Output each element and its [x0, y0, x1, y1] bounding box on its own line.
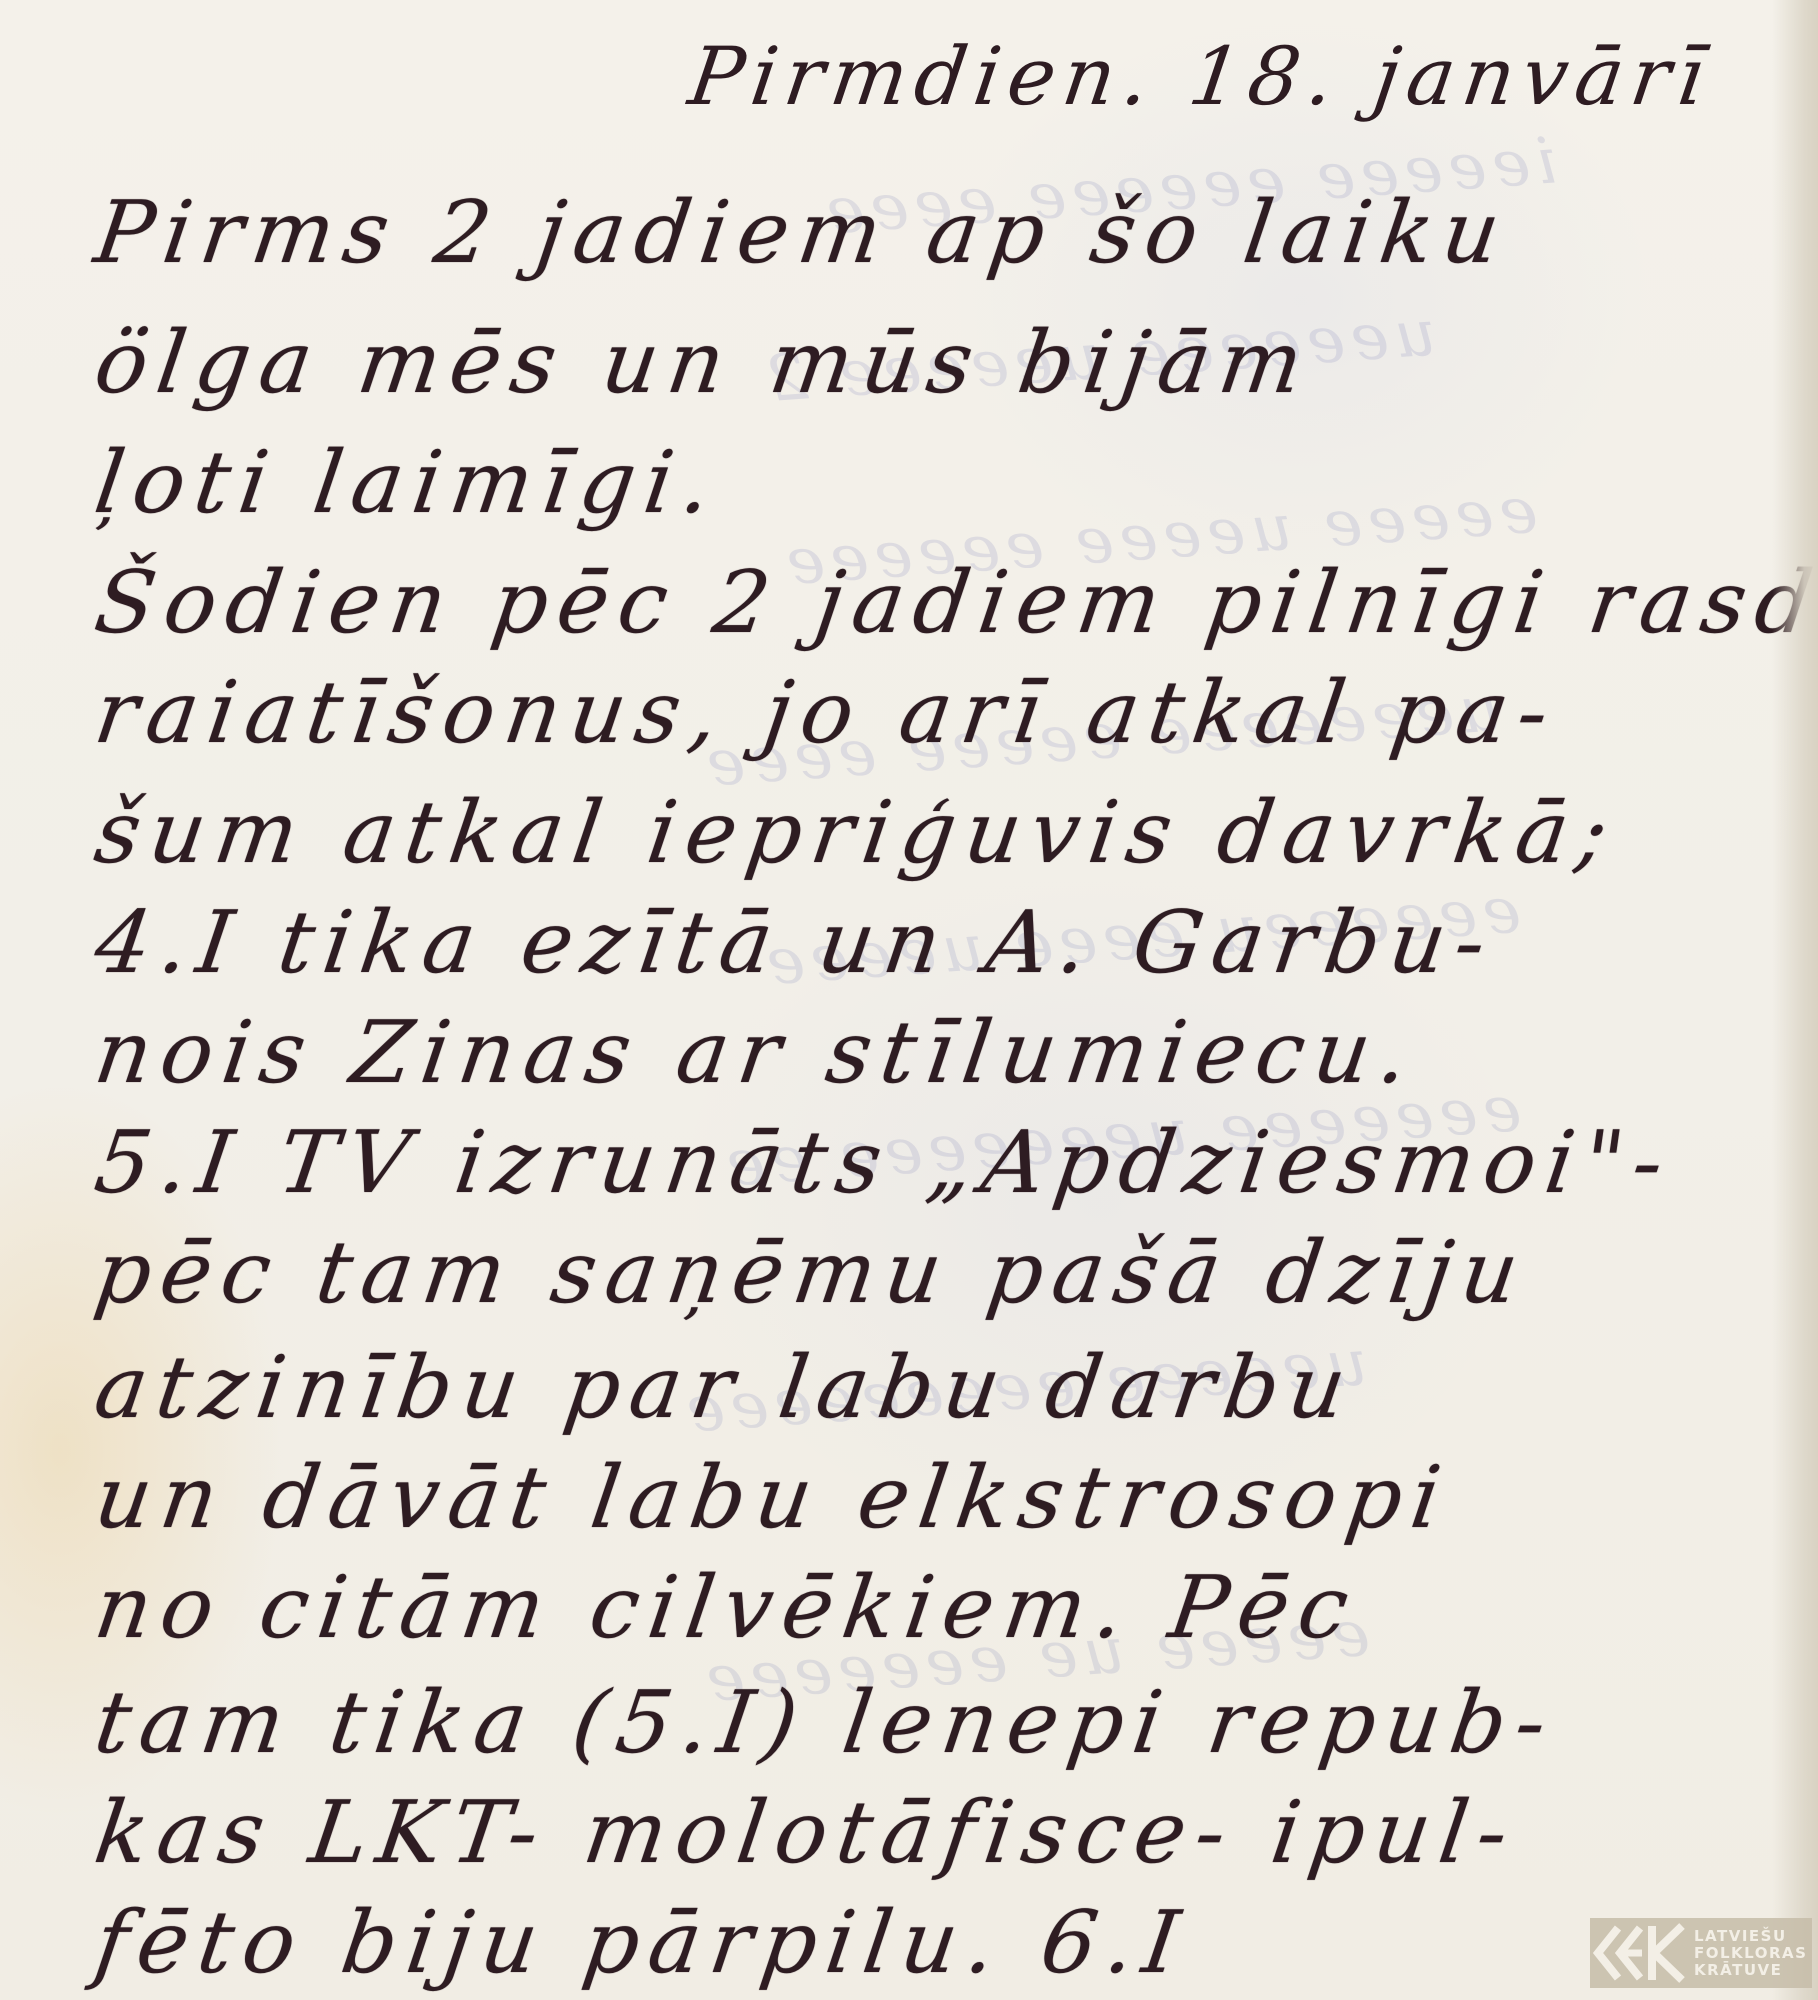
diary-line: Šodien pēc 2 jadiem pilnīgi rasd.	[90, 560, 1818, 646]
diary-line: 4.I tika ezītā un A. Garbu-	[90, 900, 1501, 986]
diary-line: raiatīšonus, jo arī atkal pa-	[90, 670, 1563, 756]
logo-text: LATVIEŠU FOLKLORAS KRĀTUVE	[1690, 1928, 1807, 1979]
diary-line: tam tika (5.I) lenepi repub-	[90, 1680, 1561, 1766]
diary-line: un dāvāt labu elkstrosopi	[90, 1455, 1455, 1541]
diary-line: ölga mēs un mūs bijām	[90, 320, 1318, 406]
page-edge-shadow	[1772, 0, 1818, 2000]
archive-watermark-logo: LATVIEŠU FOLKLORAS KRĀTUVE	[1590, 1918, 1812, 1988]
logo-line: KRĀTUVE	[1694, 1962, 1807, 1979]
logo-line: LATVIEŠU	[1694, 1928, 1807, 1945]
diary-line: 5.I TV izrunāts „Apdziesmoi"-	[90, 1120, 1678, 1206]
diary-line: fēto biju pārpilu. 6.I	[90, 1900, 1194, 1986]
diary-line: no citām cilvēkiem. Pēc	[90, 1565, 1363, 1651]
lfk-logo-icon	[1590, 1918, 1690, 1988]
diary-line: nois Zinas ar stīlumiecu.	[90, 1010, 1423, 1096]
logo-line: FOLKLORAS	[1694, 1945, 1807, 1962]
diary-line: ļoti laimīgi.	[90, 440, 726, 526]
diary-line: Pirms 2 jadiem ap šo laiku	[90, 190, 1515, 276]
diary-line: atzinību par labu darbu	[90, 1345, 1361, 1431]
diary-page: ieeeee eeeeee eeee ueeeeee ueeeee 2 eeee…	[0, 0, 1818, 2000]
diary-line: pēc tam saņēmu pašā dzīju	[90, 1230, 1533, 1316]
diary-line: šum atkal iepriģuvis davrkā;	[90, 790, 1623, 876]
diary-line: kas LKT- molotāfisce- ipul-	[90, 1790, 1523, 1876]
diary-date-header: Pirmdien. 18. janvārī	[683, 30, 1718, 123]
